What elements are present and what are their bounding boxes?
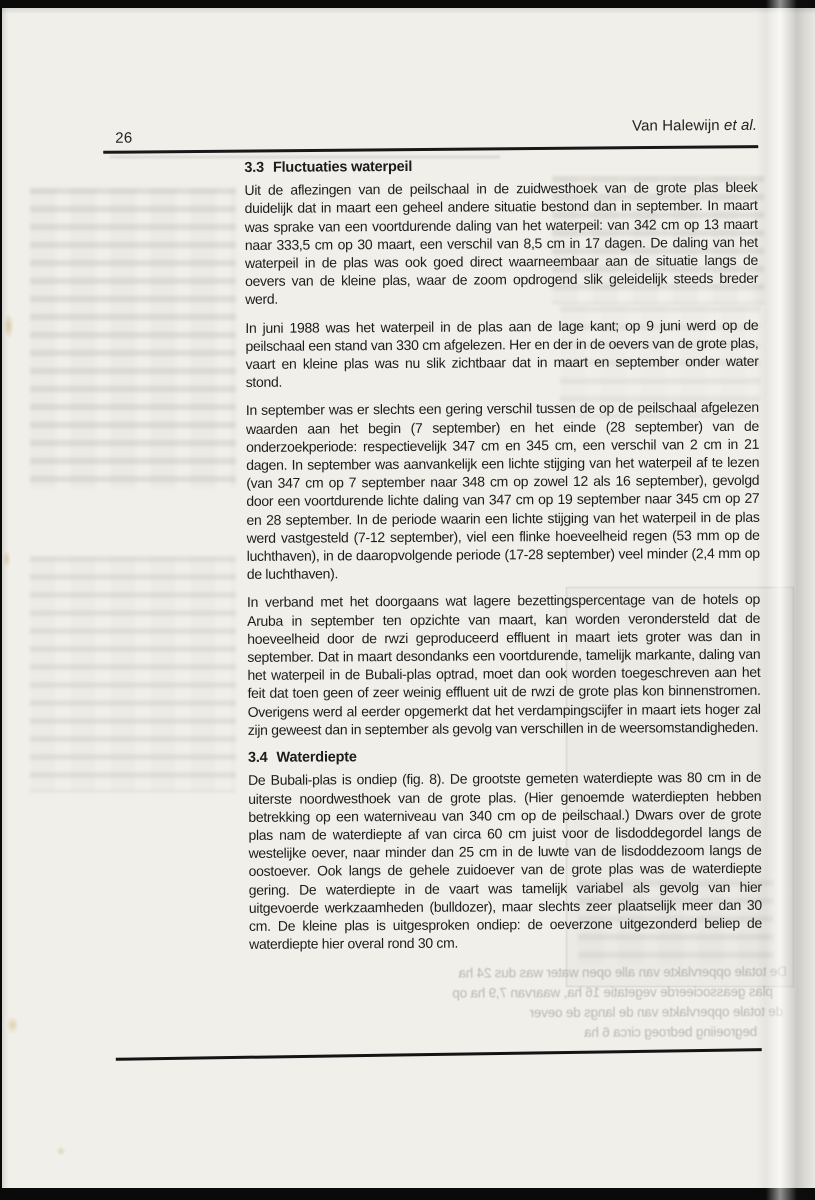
section-number: 3.4: [248, 750, 268, 766]
printed-content: 26 Van Halewijn et al. 3.3Fluctuaties wa…: [0, 0, 815, 1200]
footer-rule: [116, 1048, 762, 1061]
paragraph: In september was er slechts een gering v…: [246, 398, 760, 583]
section-title: Waterdiepte: [276, 749, 356, 765]
running-header: Van Halewijn et al.: [244, 117, 757, 137]
section-number: 3.3: [244, 160, 264, 176]
paragraph: Uit de aflezingen van de peilschaal in d…: [244, 178, 758, 309]
paragraph: De Bubali-plas is ondiep (fig. 8). De gr…: [248, 768, 762, 953]
section-heading-3-4: 3.4Waterdiepte: [248, 746, 761, 767]
running-header-authors: Van Halewijn: [632, 117, 720, 135]
page-number: 26: [115, 130, 132, 147]
running-header-et-al: et al.: [724, 117, 757, 134]
header-rule: [103, 145, 758, 153]
paragraph: In verband met het doorgaans wat lagere …: [247, 590, 761, 739]
section-heading-3-3: 3.3Fluctuaties waterpeil: [244, 156, 757, 177]
section-title: Fluctuaties waterpeil: [273, 159, 412, 176]
scanned-page: De totale oppervlakte van alle open wate…: [0, 0, 815, 1200]
text-column: 3.3Fluctuaties waterpeil Uit de aflezing…: [244, 156, 762, 963]
paragraph: In juni 1988 was het waterpeil in de pla…: [245, 315, 758, 391]
